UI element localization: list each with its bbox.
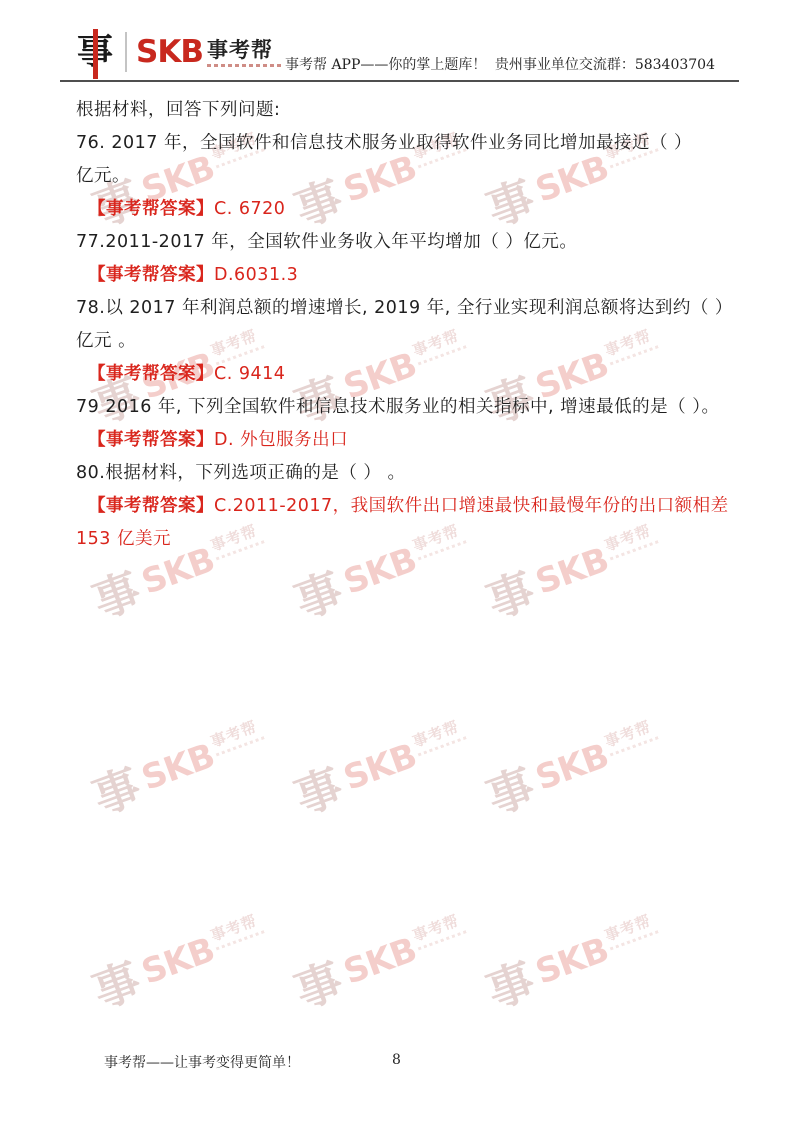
- answer-line: 【事考帮答案】D.6031.3: [76, 259, 743, 292]
- watermark-subtext-dots: [417, 930, 467, 951]
- logo-brand-text: SKB: [136, 37, 203, 68]
- watermark-brand-text: SKB: [138, 739, 219, 796]
- watermark-brand-cjk: 事考帮: [410, 714, 466, 752]
- header-app-slogan: 事考帮 APP——你的掌上题库！: [285, 54, 486, 74]
- watermark-brand-text: SKB: [340, 933, 421, 990]
- logo-brand-cjk: 事考帮: [207, 40, 281, 61]
- brand-watermark: 事SKB事考帮: [286, 901, 475, 1015]
- answer-value: C. 9414: [214, 364, 285, 384]
- watermark-cjk-wrap: 事考帮: [410, 908, 468, 950]
- answer-value: D. 外包服务出口: [214, 430, 348, 450]
- answer-label: 【事考帮答案】: [88, 430, 214, 450]
- question-line: 77.2011-2017 年，全国软件业务收入年平均增加（ ）亿元。: [76, 226, 743, 259]
- logo-cjk-wrap: 事考帮: [207, 40, 281, 67]
- watermark-cjk-wrap: 事考帮: [602, 908, 660, 950]
- question-line: 76. 2017 年，全国软件和信息技术服务业取得软件业务同比增加最接近（ ）: [76, 127, 743, 160]
- watermark-shi-mark: 事: [289, 956, 348, 1015]
- watermark-brand-cjk: 事考帮: [602, 714, 658, 752]
- watermark-brand-text: SKB: [532, 933, 613, 990]
- answer-line: 【事考帮答案】D. 外包服务出口: [76, 424, 743, 457]
- question-line: 80.根据材料，下列选项正确的是（ ） 。: [76, 457, 743, 490]
- question-line: 78.以 2017 年利润总额的增速增长, 2019 年, 全行业实现利润总额将…: [76, 292, 743, 325]
- answer-value: C.2011-2017，我国软件出口增速最快和最慢年份的出口额相差: [214, 496, 729, 516]
- watermark-shi-mark: 事: [87, 566, 146, 625]
- watermark-subtext-dots: [417, 736, 467, 757]
- answer-value: C. 6720: [214, 199, 285, 219]
- logo-red-stem-icon: [93, 29, 98, 79]
- header-group-info: 贵州事业单位交流群：583403704: [495, 54, 715, 74]
- brand-watermark: 事SKB事考帮: [84, 901, 273, 1015]
- watermark-cjk-wrap: 事考帮: [208, 908, 266, 950]
- watermark-subtext-dots: [215, 930, 265, 951]
- brand-watermark: 事SKB事考帮: [84, 707, 273, 821]
- page-footer: 事考帮——让事考变得更简单！ 8: [0, 1052, 793, 1076]
- answer-label: 【事考帮答案】: [88, 364, 214, 384]
- logo-divider: [125, 32, 127, 72]
- answer-line: 【事考帮答案】C.2011-2017，我国软件出口增速最快和最慢年份的出口额相差: [76, 490, 743, 523]
- watermark-brand-cjk: 事考帮: [208, 908, 264, 946]
- watermark-brand-cjk: 事考帮: [410, 908, 466, 946]
- question-line: 亿元。: [76, 160, 743, 193]
- watermark-shi-mark: 事: [481, 762, 540, 821]
- answer-value: D.6031.3: [214, 265, 298, 285]
- question-content: 根据材料，回答下列问题:76. 2017 年，全国软件和信息技术服务业取得软件业…: [76, 94, 743, 556]
- watermark-shi-mark: 事: [289, 762, 348, 821]
- watermark-subtext-dots: [609, 736, 659, 757]
- watermark-shi-mark: 事: [87, 956, 146, 1015]
- watermark-cjk-wrap: 事考帮: [602, 714, 660, 756]
- watermark-shi-mark: 事: [289, 566, 348, 625]
- watermark-subtext-dots: [609, 930, 659, 951]
- answer-label: 【事考帮答案】: [88, 199, 214, 219]
- header-rule: [60, 80, 739, 82]
- watermark-shi-mark: 事: [481, 566, 540, 625]
- brand-watermark: 事SKB事考帮: [478, 901, 667, 1015]
- watermark-cjk-wrap: 事考帮: [410, 714, 468, 756]
- watermark-brand-text: SKB: [138, 933, 219, 990]
- watermark-brand-text: SKB: [532, 739, 613, 796]
- answer-line: 153 亿美元: [76, 523, 743, 556]
- logo-shi-mark-icon: 事: [75, 34, 115, 70]
- answer-label: 【事考帮答案】: [88, 496, 214, 516]
- watermark-subtext-dots: [215, 736, 265, 757]
- logo-subtext-dots: [207, 64, 281, 67]
- question-line: 亿元 。: [76, 325, 743, 358]
- brand-watermark: 事SKB事考帮: [478, 707, 667, 821]
- watermark-shi-mark: 事: [481, 956, 540, 1015]
- page-number: 8: [0, 1052, 793, 1068]
- answer-line: 【事考帮答案】C. 9414: [76, 358, 743, 391]
- brand-logo: 事 SKB 事考帮: [75, 28, 281, 76]
- page-header: 事 SKB 事考帮 事考帮 APP——你的掌上题库！ 贵州事业单位交流群：583…: [0, 0, 793, 82]
- document-page: 事SKB事考帮事SKB事考帮事SKB事考帮事SKB事考帮事SKB事考帮事SKB事…: [0, 0, 793, 1122]
- watermark-brand-cjk: 事考帮: [208, 714, 264, 752]
- question-line: 79 2016 年, 下列全国软件和信息技术服务业的相关指标中, 增速最低的是（…: [76, 391, 743, 424]
- answer-label: 【事考帮答案】: [88, 265, 214, 285]
- watermark-brand-cjk: 事考帮: [602, 908, 658, 946]
- brand-watermark: 事SKB事考帮: [286, 707, 475, 821]
- watermark-cjk-wrap: 事考帮: [208, 714, 266, 756]
- answer-line: 【事考帮答案】C. 6720: [76, 193, 743, 226]
- question-line: 根据材料，回答下列问题:: [76, 94, 743, 127]
- watermark-shi-mark: 事: [87, 762, 146, 821]
- watermark-brand-text: SKB: [340, 739, 421, 796]
